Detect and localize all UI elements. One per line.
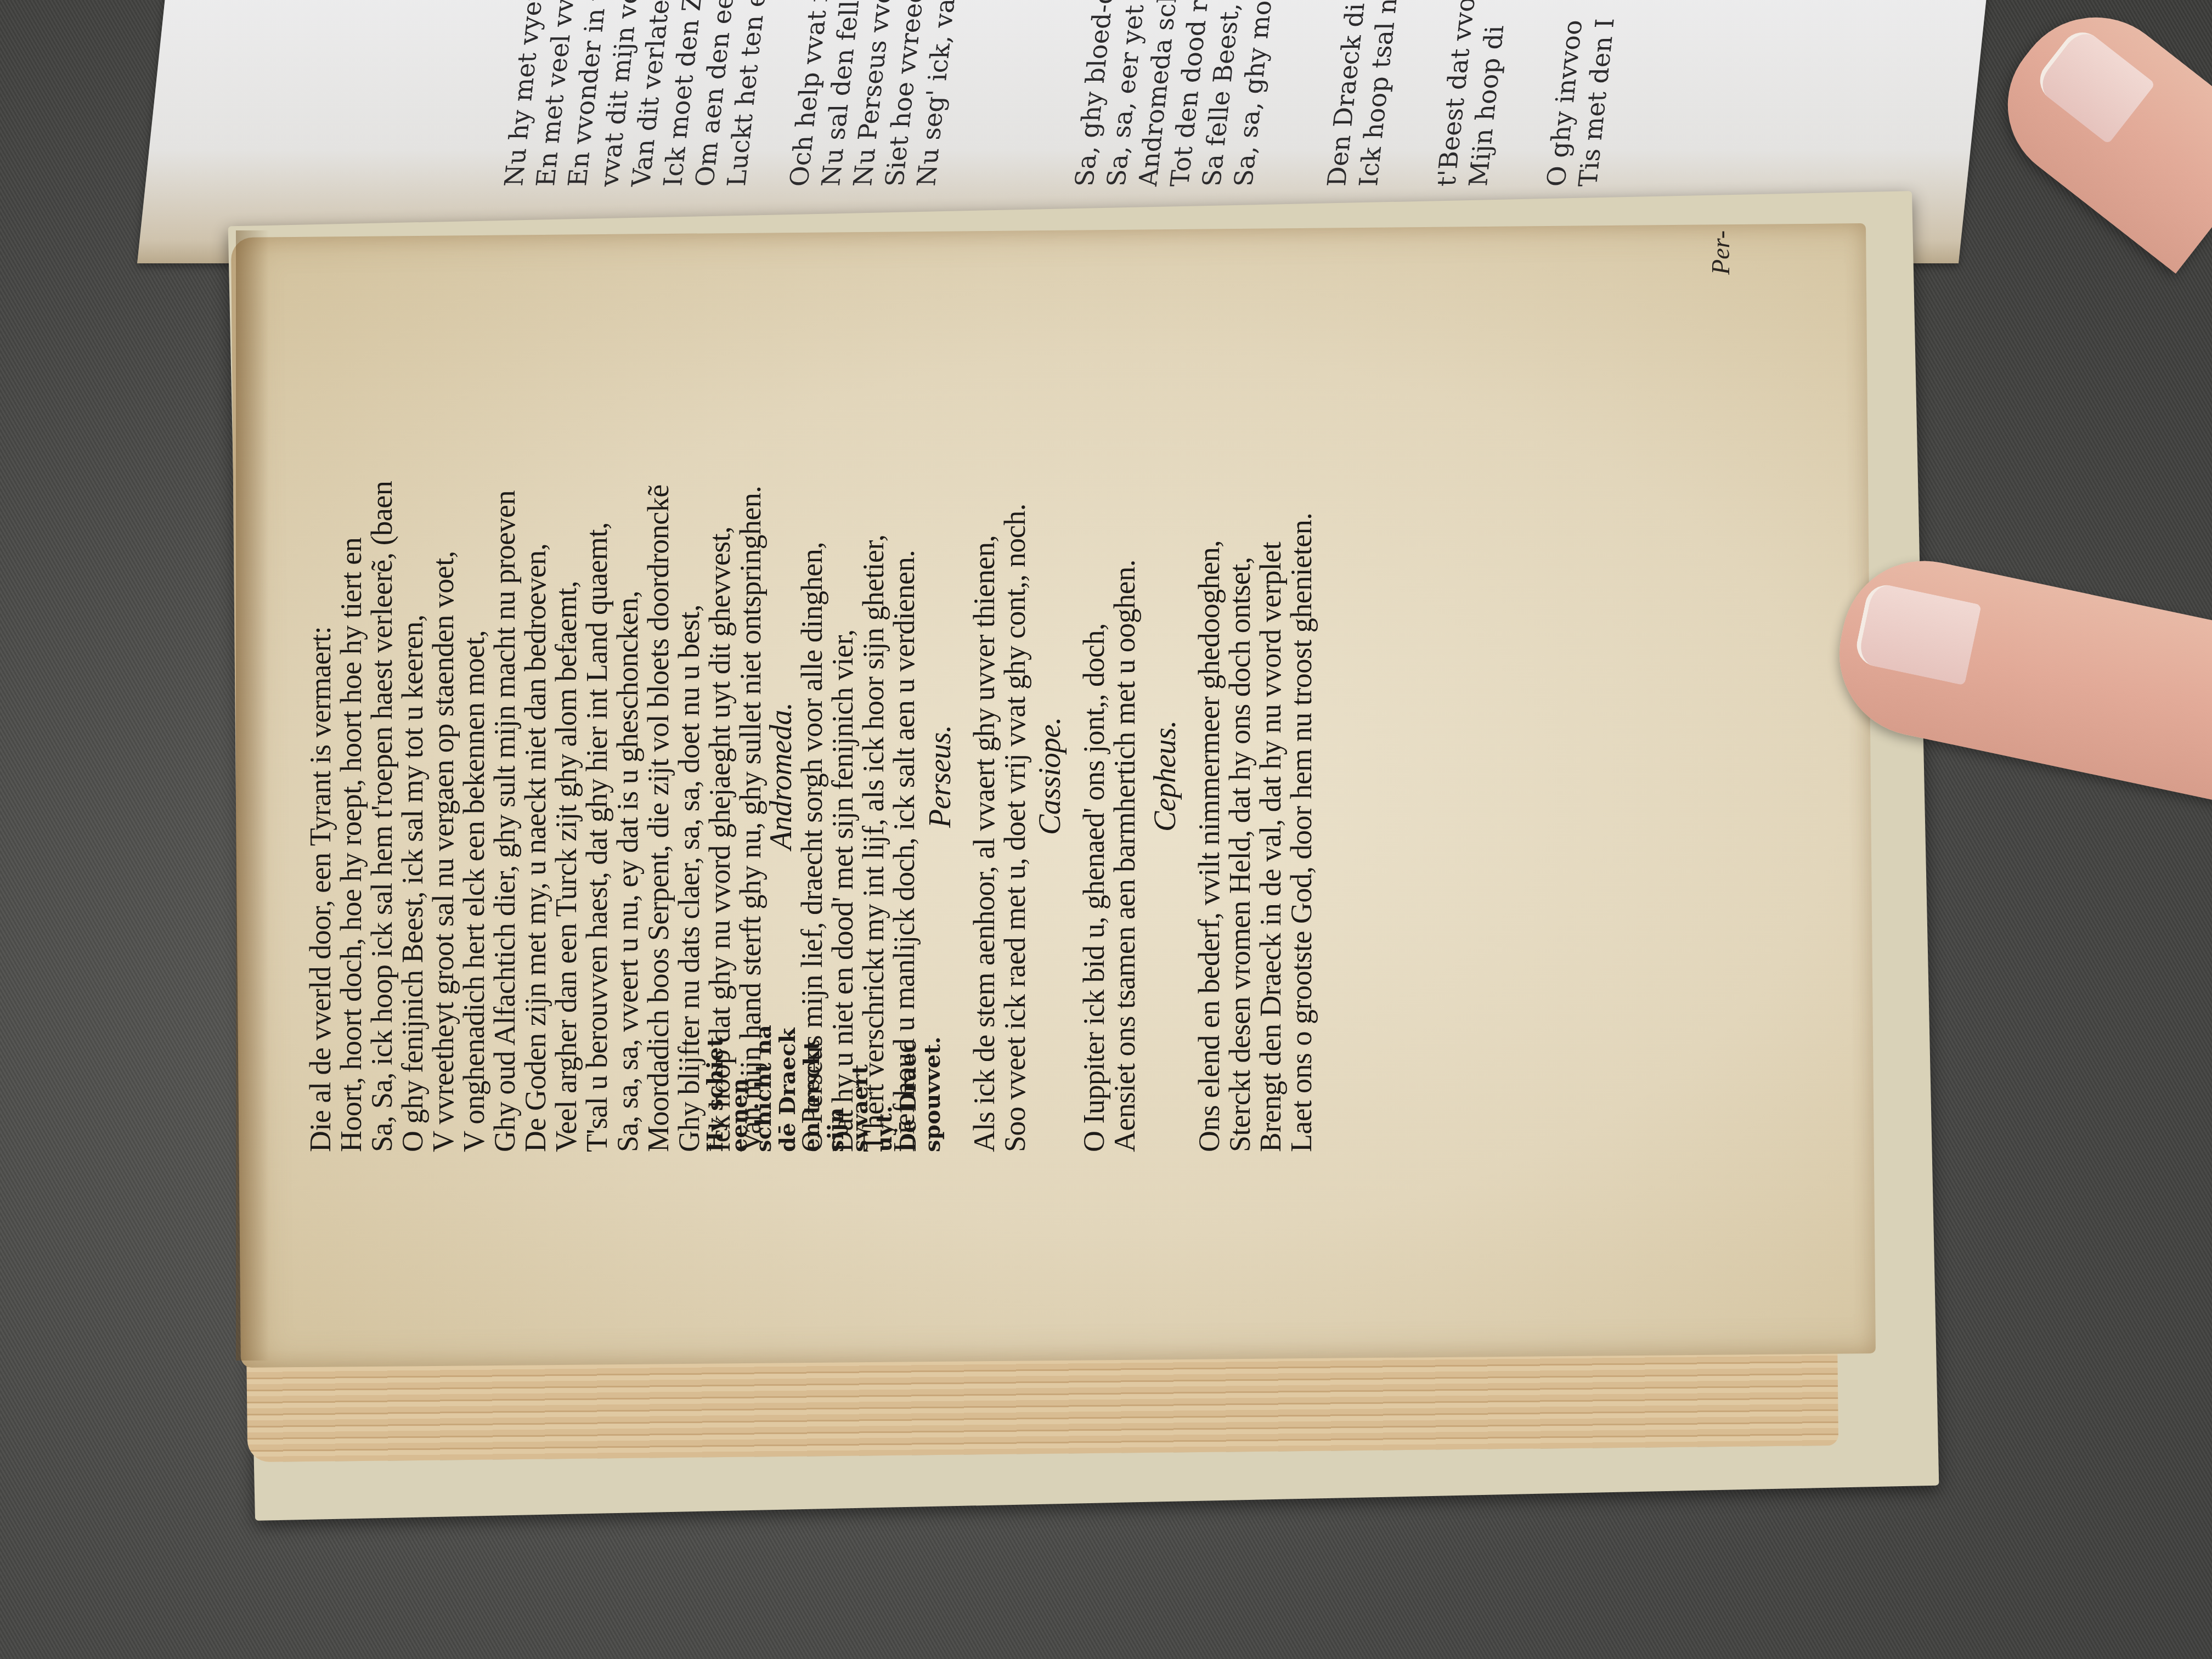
- fingernail: [2032, 24, 2155, 144]
- margin-note-line: svvaert: [847, 993, 871, 1152]
- speaker-label-cassiope: Cassiope.: [1037, 400, 1063, 1152]
- verse-line: V onghenadich hert elck een bekennen moe…: [461, 263, 487, 1152]
- margin-note-line: spouvvet.: [919, 971, 944, 1152]
- verse-line: Sa, sa, sa, vveert u nu, ey dat is u ghe…: [614, 400, 641, 1152]
- margin-note-line: en treckt: [799, 971, 823, 1152]
- verse-line: V vvreetheyt groot sal nu vergaen op sta…: [430, 263, 456, 1152]
- verse-line: Die al de vverld door, een Tyrant is ver…: [307, 247, 334, 1152]
- margin-note-line: uyt.: [871, 993, 895, 1152]
- margin-note-line: dē Draeck: [775, 971, 799, 1152]
- verse-line: Veel argher dan een Turck zijt ghy alom …: [553, 280, 579, 1152]
- fingernail: [1853, 581, 1982, 685]
- verse-line: O ghy fenijnich Beest, ick sal my tot u …: [399, 263, 426, 1152]
- verse-line: Ghy oud Alfachtich dier, ghy sult mijn m…: [492, 280, 518, 1152]
- margin-note-line: eenen: [726, 993, 751, 1152]
- verse-line: T'sal u berouvven haest, dat ghy hier in…: [584, 280, 610, 1152]
- margin-note-line: Hy schiet: [702, 971, 726, 1152]
- catchword: Per-: [1706, 230, 1735, 275]
- verse-line: De Goden zijn met my, u naeckt niet dan …: [522, 280, 549, 1152]
- verse-line: Sterckt desen vromen Held, dat hy ons do…: [1227, 400, 1253, 1152]
- page-gutter-shadow: [236, 230, 269, 1361]
- verse-line: Sa, Sa, ick hoop ick sal hem t'roepen ha…: [369, 263, 395, 1152]
- verse-line: Brengt den Draeck in de val, dat hy nu v…: [1257, 400, 1284, 1152]
- margin-note-line: sijn: [823, 993, 847, 1152]
- verse-line: Als ick de stem aenhoor, al vvaert ghy u…: [971, 400, 997, 1152]
- verse-line: Ons elend en bederf, vvilt nimmermeer gh…: [1196, 400, 1222, 1152]
- margin-note-line: Dē Draec: [895, 971, 919, 1152]
- verse-line: Laet ons o grootste God, door hem nu tro…: [1288, 400, 1314, 1152]
- verse-line: Soo vveet ick raed met u, doet vrij vvat…: [1002, 400, 1028, 1152]
- margin-note-line: schicht na: [751, 971, 775, 1152]
- verse-line: Moordadich boos Serpent, die zijt vol bl…: [645, 400, 672, 1152]
- verse-line: O Iuppiter ick bid u, ghenaed' ons jont,…: [1081, 400, 1107, 1152]
- page-text-block: Die al de vverld door, een Tyrant is ver…: [307, 247, 1734, 1152]
- facing-page-text: Nu hy met vyer r En met veel vvater is d…: [496, 0, 2000, 187]
- verse-line: Hoort, hoort doch, hoe hy roept, hoort h…: [338, 263, 364, 1152]
- verse-line: Ghy blijfter nu dats claer, sa, sa, doet…: [676, 400, 702, 1152]
- speaker-label-cepheus: Cepheus.: [1152, 400, 1178, 1152]
- verse-line: Aensiet ons tsamen aen barmhertich met u…: [1111, 400, 1138, 1152]
